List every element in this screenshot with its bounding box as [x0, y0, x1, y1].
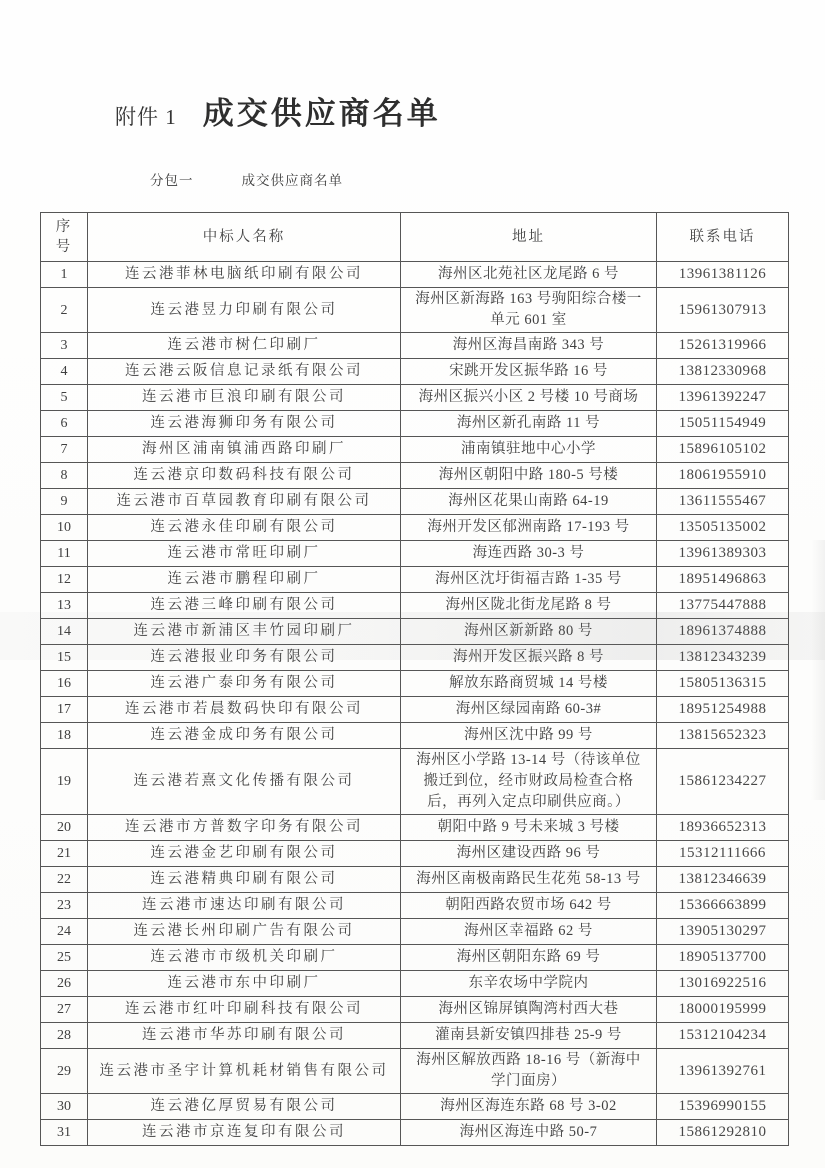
bidder-name-cell: 连云港云阪信息记录纸有限公司 [88, 359, 401, 385]
phone-cell: 13016922516 [657, 971, 789, 997]
address-cell: 海州区新孔南路 11 号 [401, 411, 657, 437]
bidder-name-cell: 连云港永佳印刷有限公司 [88, 515, 401, 541]
table-row: 15连云港报业印务有限公司海州开发区振兴路 8 号13812343239 [41, 645, 789, 671]
address-cell: 海州区沈中路 99 号 [401, 723, 657, 749]
row-number-cell: 25 [41, 945, 88, 971]
phone-cell: 18961374888 [657, 619, 789, 645]
address-cell: 灌南县新安镇四排巷 25-9 号 [401, 1023, 657, 1049]
bidder-name-cell: 连云港亿厚贸易有限公司 [88, 1094, 401, 1120]
row-number-cell: 5 [41, 385, 88, 411]
phone-cell: 15396990155 [657, 1094, 789, 1120]
phone-cell: 15366663899 [657, 893, 789, 919]
table-row: 29连云港市圣宇计算机耗材销售有限公司海州区解放西路 18-16 号（新海中学门… [41, 1049, 789, 1094]
phone-cell: 13815652323 [657, 723, 789, 749]
address-cell: 解放东路商贸城 14 号楼 [401, 671, 657, 697]
row-number-cell: 1 [41, 262, 88, 288]
address-cell: 海州区新海路 163 号驹阳综合楼一单元 601 室 [401, 288, 657, 333]
document-page: 附件 1 成交供应商名单 分包一 成交供应商名单 序 号 中标人名称 地址 联系… [0, 0, 825, 1168]
bidder-name-cell: 连云港广泰印务有限公司 [88, 671, 401, 697]
address-cell: 海州区建设西路 96 号 [401, 841, 657, 867]
row-number-cell: 9 [41, 489, 88, 515]
table-row: 8连云港京印数码科技有限公司海州区朝阳中路 180-5 号楼1806195591… [41, 463, 789, 489]
attachment-label: 附件 1 [115, 101, 177, 131]
address-cell: 海州区朝阳东路 69 号 [401, 945, 657, 971]
row-number-cell: 26 [41, 971, 88, 997]
address-cell: 海州区沈圩街福吉路 1-35 号 [401, 567, 657, 593]
table-row: 5连云港市巨浪印刷有限公司海州区振兴小区 2 号楼 10 号商场13961392… [41, 385, 789, 411]
phone-cell: 13611555467 [657, 489, 789, 515]
address-cell: 海州区北苑社区龙尾路 6 号 [401, 262, 657, 288]
bidder-name-cell: 连云港报业印务有限公司 [88, 645, 401, 671]
table-row: 2连云港昱力印刷有限公司海州区新海路 163 号驹阳综合楼一单元 601 室15… [41, 288, 789, 333]
table-row: 25连云港市市级机关印刷厂海州区朝阳东路 69 号18905137700 [41, 945, 789, 971]
row-number-cell: 15 [41, 645, 88, 671]
row-number-cell: 11 [41, 541, 88, 567]
table-row: 11连云港市常旺印刷厂海连西路 30-3 号13961389303 [41, 541, 789, 567]
phone-cell: 15312111666 [657, 841, 789, 867]
address-cell: 海州区解放西路 18-16 号（新海中学门面房） [401, 1049, 657, 1094]
header-row: 序 号 中标人名称 地址 联系电话 [41, 213, 789, 262]
phone-cell: 13905130297 [657, 919, 789, 945]
phone-cell: 15961307913 [657, 288, 789, 333]
bidder-name-cell: 连云港三峰印刷有限公司 [88, 593, 401, 619]
table-row: 23连云港市速达印刷有限公司朝阳西路农贸市场 642 号15366663899 [41, 893, 789, 919]
table-row: 14连云港市新浦区丰竹园印刷厂海州区新新路 80 号18961374888 [41, 619, 789, 645]
supplier-table: 序 号 中标人名称 地址 联系电话 1连云港菲林电脑纸印刷有限公司海州区北苑社区… [40, 212, 789, 1146]
row-number-cell: 19 [41, 749, 88, 815]
bidder-name-cell: 连云港市百草园教育印刷有限公司 [88, 489, 401, 515]
address-cell: 海州区陇北街龙尾路 8 号 [401, 593, 657, 619]
bidder-name-cell: 连云港长州印刷广告有限公司 [88, 919, 401, 945]
address-cell: 海连西路 30-3 号 [401, 541, 657, 567]
phone-cell: 13961392761 [657, 1049, 789, 1094]
subtitle-block: 分包一 成交供应商名单 [0, 133, 825, 189]
table-row: 4连云港云阪信息记录纸有限公司宋跳开发区振华路 16 号13812330968 [41, 359, 789, 385]
address-cell: 海州区绿园南路 60-3# [401, 697, 657, 723]
table-row: 3连云港市树仁印刷厂海州区海昌南路 343 号15261319966 [41, 333, 789, 359]
phone-cell: 13961392247 [657, 385, 789, 411]
bidder-name-cell: 连云港市市级机关印刷厂 [88, 945, 401, 971]
bidder-name-cell: 连云港若熹文化传播有限公司 [88, 749, 401, 815]
row-number-cell: 4 [41, 359, 88, 385]
bidder-name-cell: 连云港海狮印务有限公司 [88, 411, 401, 437]
table-row: 31连云港市京连复印有限公司海州区海连中路 50-715861292810 [41, 1120, 789, 1146]
bidder-name-cell: 海州区浦南镇浦西路印刷厂 [88, 437, 401, 463]
table-row: 13连云港三峰印刷有限公司海州区陇北街龙尾路 8 号13775447888 [41, 593, 789, 619]
row-number-cell: 7 [41, 437, 88, 463]
phone-cell: 13812330968 [657, 359, 789, 385]
row-number-cell: 3 [41, 333, 88, 359]
phone-cell: 18936652313 [657, 815, 789, 841]
table-row: 16连云港广泰印务有限公司解放东路商贸城 14 号楼15805136315 [41, 671, 789, 697]
address-cell: 海州开发区郁洲南路 17-193 号 [401, 515, 657, 541]
address-cell: 海州区花果山南路 64-19 [401, 489, 657, 515]
address-cell: 海州区海昌南路 343 号 [401, 333, 657, 359]
bidder-name-cell: 连云港市速达印刷有限公司 [88, 893, 401, 919]
bidder-name-cell: 连云港市东中印刷厂 [88, 971, 401, 997]
row-number-cell: 21 [41, 841, 88, 867]
table-row: 19连云港若熹文化传播有限公司海州区小学路 13-14 号（待该单位搬迁到位，经… [41, 749, 789, 815]
scan-edge-shadow [811, 540, 825, 800]
table-row: 28连云港市华苏印刷有限公司灌南县新安镇四排巷 25-9 号1531210423… [41, 1023, 789, 1049]
address-cell: 宋跳开发区振华路 16 号 [401, 359, 657, 385]
header-serial-number: 序 号 [41, 213, 88, 262]
table-row: 9连云港市百草园教育印刷有限公司海州区花果山南路 64-191361155546… [41, 489, 789, 515]
title-block: 附件 1 成交供应商名单 [0, 0, 825, 133]
address-cell: 海州区幸福路 62 号 [401, 919, 657, 945]
phone-cell: 13812346639 [657, 867, 789, 893]
phone-cell: 13812343239 [657, 645, 789, 671]
header-address: 地址 [401, 213, 657, 262]
row-number-cell: 31 [41, 1120, 88, 1146]
supplier-table-body: 1连云港菲林电脑纸印刷有限公司海州区北苑社区龙尾路 6 号13961381126… [41, 262, 789, 1146]
row-number-cell: 23 [41, 893, 88, 919]
row-number-cell: 13 [41, 593, 88, 619]
phone-cell: 15261319966 [657, 333, 789, 359]
address-cell: 浦南镇驻地中心小学 [401, 437, 657, 463]
row-number-cell: 12 [41, 567, 88, 593]
table-row: 7海州区浦南镇浦西路印刷厂浦南镇驻地中心小学15896105102 [41, 437, 789, 463]
table-row: 26连云港市东中印刷厂东辛农场中学院内13016922516 [41, 971, 789, 997]
phone-cell: 18000195999 [657, 997, 789, 1023]
row-number-cell: 28 [41, 1023, 88, 1049]
address-cell: 海州区锦屏镇陶湾村西大巷 [401, 997, 657, 1023]
table-row: 24连云港长州印刷广告有限公司海州区幸福路 62 号13905130297 [41, 919, 789, 945]
phone-cell: 15805136315 [657, 671, 789, 697]
table-row: 17连云港市若晨数码快印有限公司海州区绿园南路 60-3#18951254988 [41, 697, 789, 723]
table-row: 18连云港金成印务有限公司海州区沈中路 99 号13815652323 [41, 723, 789, 749]
row-number-cell: 30 [41, 1094, 88, 1120]
header-bidder-name: 中标人名称 [88, 213, 401, 262]
row-number-cell: 18 [41, 723, 88, 749]
bidder-name-cell: 连云港市华苏印刷有限公司 [88, 1023, 401, 1049]
phone-cell: 13505135002 [657, 515, 789, 541]
table-row: 30连云港亿厚贸易有限公司海州区海连东路 68 号 3-021539699015… [41, 1094, 789, 1120]
subpackage-title: 成交供应商名单 [242, 169, 344, 189]
address-cell: 海州区小学路 13-14 号（待该单位搬迁到位，经市财政局检查合格后，再列入定点… [401, 749, 657, 815]
bidder-name-cell: 连云港金成印务有限公司 [88, 723, 401, 749]
bidder-name-cell: 连云港市新浦区丰竹园印刷厂 [88, 619, 401, 645]
phone-cell: 15861292810 [657, 1120, 789, 1146]
row-number-cell: 14 [41, 619, 88, 645]
bidder-name-cell: 连云港市京连复印有限公司 [88, 1120, 401, 1146]
address-cell: 海州区新新路 80 号 [401, 619, 657, 645]
bidder-name-cell: 连云港市鹏程印刷厂 [88, 567, 401, 593]
row-number-cell: 6 [41, 411, 88, 437]
phone-cell: 13961389303 [657, 541, 789, 567]
row-number-cell: 24 [41, 919, 88, 945]
phone-cell: 13775447888 [657, 593, 789, 619]
row-number-cell: 20 [41, 815, 88, 841]
address-cell: 海州区朝阳中路 180-5 号楼 [401, 463, 657, 489]
table-row: 10连云港永佳印刷有限公司海州开发区郁洲南路 17-193 号135051350… [41, 515, 789, 541]
phone-cell: 18951254988 [657, 697, 789, 723]
bidder-name-cell: 连云港精典印刷有限公司 [88, 867, 401, 893]
address-cell: 海州区海连东路 68 号 3-02 [401, 1094, 657, 1120]
bidder-name-cell: 连云港京印数码科技有限公司 [88, 463, 401, 489]
address-cell: 东辛农场中学院内 [401, 971, 657, 997]
table-row: 22连云港精典印刷有限公司海州区南极南路民生花苑 58-13 号13812346… [41, 867, 789, 893]
address-cell: 海州区南极南路民生花苑 58-13 号 [401, 867, 657, 893]
bidder-name-cell: 连云港市常旺印刷厂 [88, 541, 401, 567]
table-row: 21连云港金艺印刷有限公司海州区建设西路 96 号15312111666 [41, 841, 789, 867]
phone-cell: 13961381126 [657, 262, 789, 288]
bidder-name-cell: 连云港市圣宇计算机耗材销售有限公司 [88, 1049, 401, 1094]
table-row: 12连云港市鹏程印刷厂海州区沈圩街福吉路 1-35 号18951496863 [41, 567, 789, 593]
table-row: 6连云港海狮印务有限公司海州区新孔南路 11 号15051154949 [41, 411, 789, 437]
phone-cell: 18951496863 [657, 567, 789, 593]
bidder-name-cell: 连云港金艺印刷有限公司 [88, 841, 401, 867]
table-row: 20连云港市方普数字印务有限公司朝阳中路 9 号未来城 3 号楼18936652… [41, 815, 789, 841]
phone-cell: 18905137700 [657, 945, 789, 971]
phone-cell: 15861234227 [657, 749, 789, 815]
row-number-cell: 8 [41, 463, 88, 489]
header-phone: 联系电话 [657, 213, 789, 262]
address-cell: 海州开发区振兴路 8 号 [401, 645, 657, 671]
row-number-cell: 22 [41, 867, 88, 893]
phone-cell: 18061955910 [657, 463, 789, 489]
supplier-table-header: 序 号 中标人名称 地址 联系电话 [41, 213, 789, 262]
address-cell: 海州区海连中路 50-7 [401, 1120, 657, 1146]
page-title: 成交供应商名单 [203, 88, 441, 133]
address-cell: 朝阳西路农贸市场 642 号 [401, 893, 657, 919]
phone-cell: 15051154949 [657, 411, 789, 437]
phone-cell: 15312104234 [657, 1023, 789, 1049]
subpackage-label: 分包一 [150, 169, 194, 189]
bidder-name-cell: 连云港市巨浪印刷有限公司 [88, 385, 401, 411]
table-row: 1连云港菲林电脑纸印刷有限公司海州区北苑社区龙尾路 6 号13961381126 [41, 262, 789, 288]
bidder-name-cell: 连云港菲林电脑纸印刷有限公司 [88, 262, 401, 288]
address-cell: 朝阳中路 9 号未来城 3 号楼 [401, 815, 657, 841]
bidder-name-cell: 连云港市红叶印刷科技有限公司 [88, 997, 401, 1023]
table-row: 27连云港市红叶印刷科技有限公司海州区锦屏镇陶湾村西大巷18000195999 [41, 997, 789, 1023]
row-number-cell: 17 [41, 697, 88, 723]
row-number-cell: 27 [41, 997, 88, 1023]
row-number-cell: 10 [41, 515, 88, 541]
row-number-cell: 16 [41, 671, 88, 697]
bidder-name-cell: 连云港昱力印刷有限公司 [88, 288, 401, 333]
row-number-cell: 2 [41, 288, 88, 333]
bidder-name-cell: 连云港市树仁印刷厂 [88, 333, 401, 359]
phone-cell: 15896105102 [657, 437, 789, 463]
bidder-name-cell: 连云港市方普数字印务有限公司 [88, 815, 401, 841]
bidder-name-cell: 连云港市若晨数码快印有限公司 [88, 697, 401, 723]
address-cell: 海州区振兴小区 2 号楼 10 号商场 [401, 385, 657, 411]
row-number-cell: 29 [41, 1049, 88, 1094]
